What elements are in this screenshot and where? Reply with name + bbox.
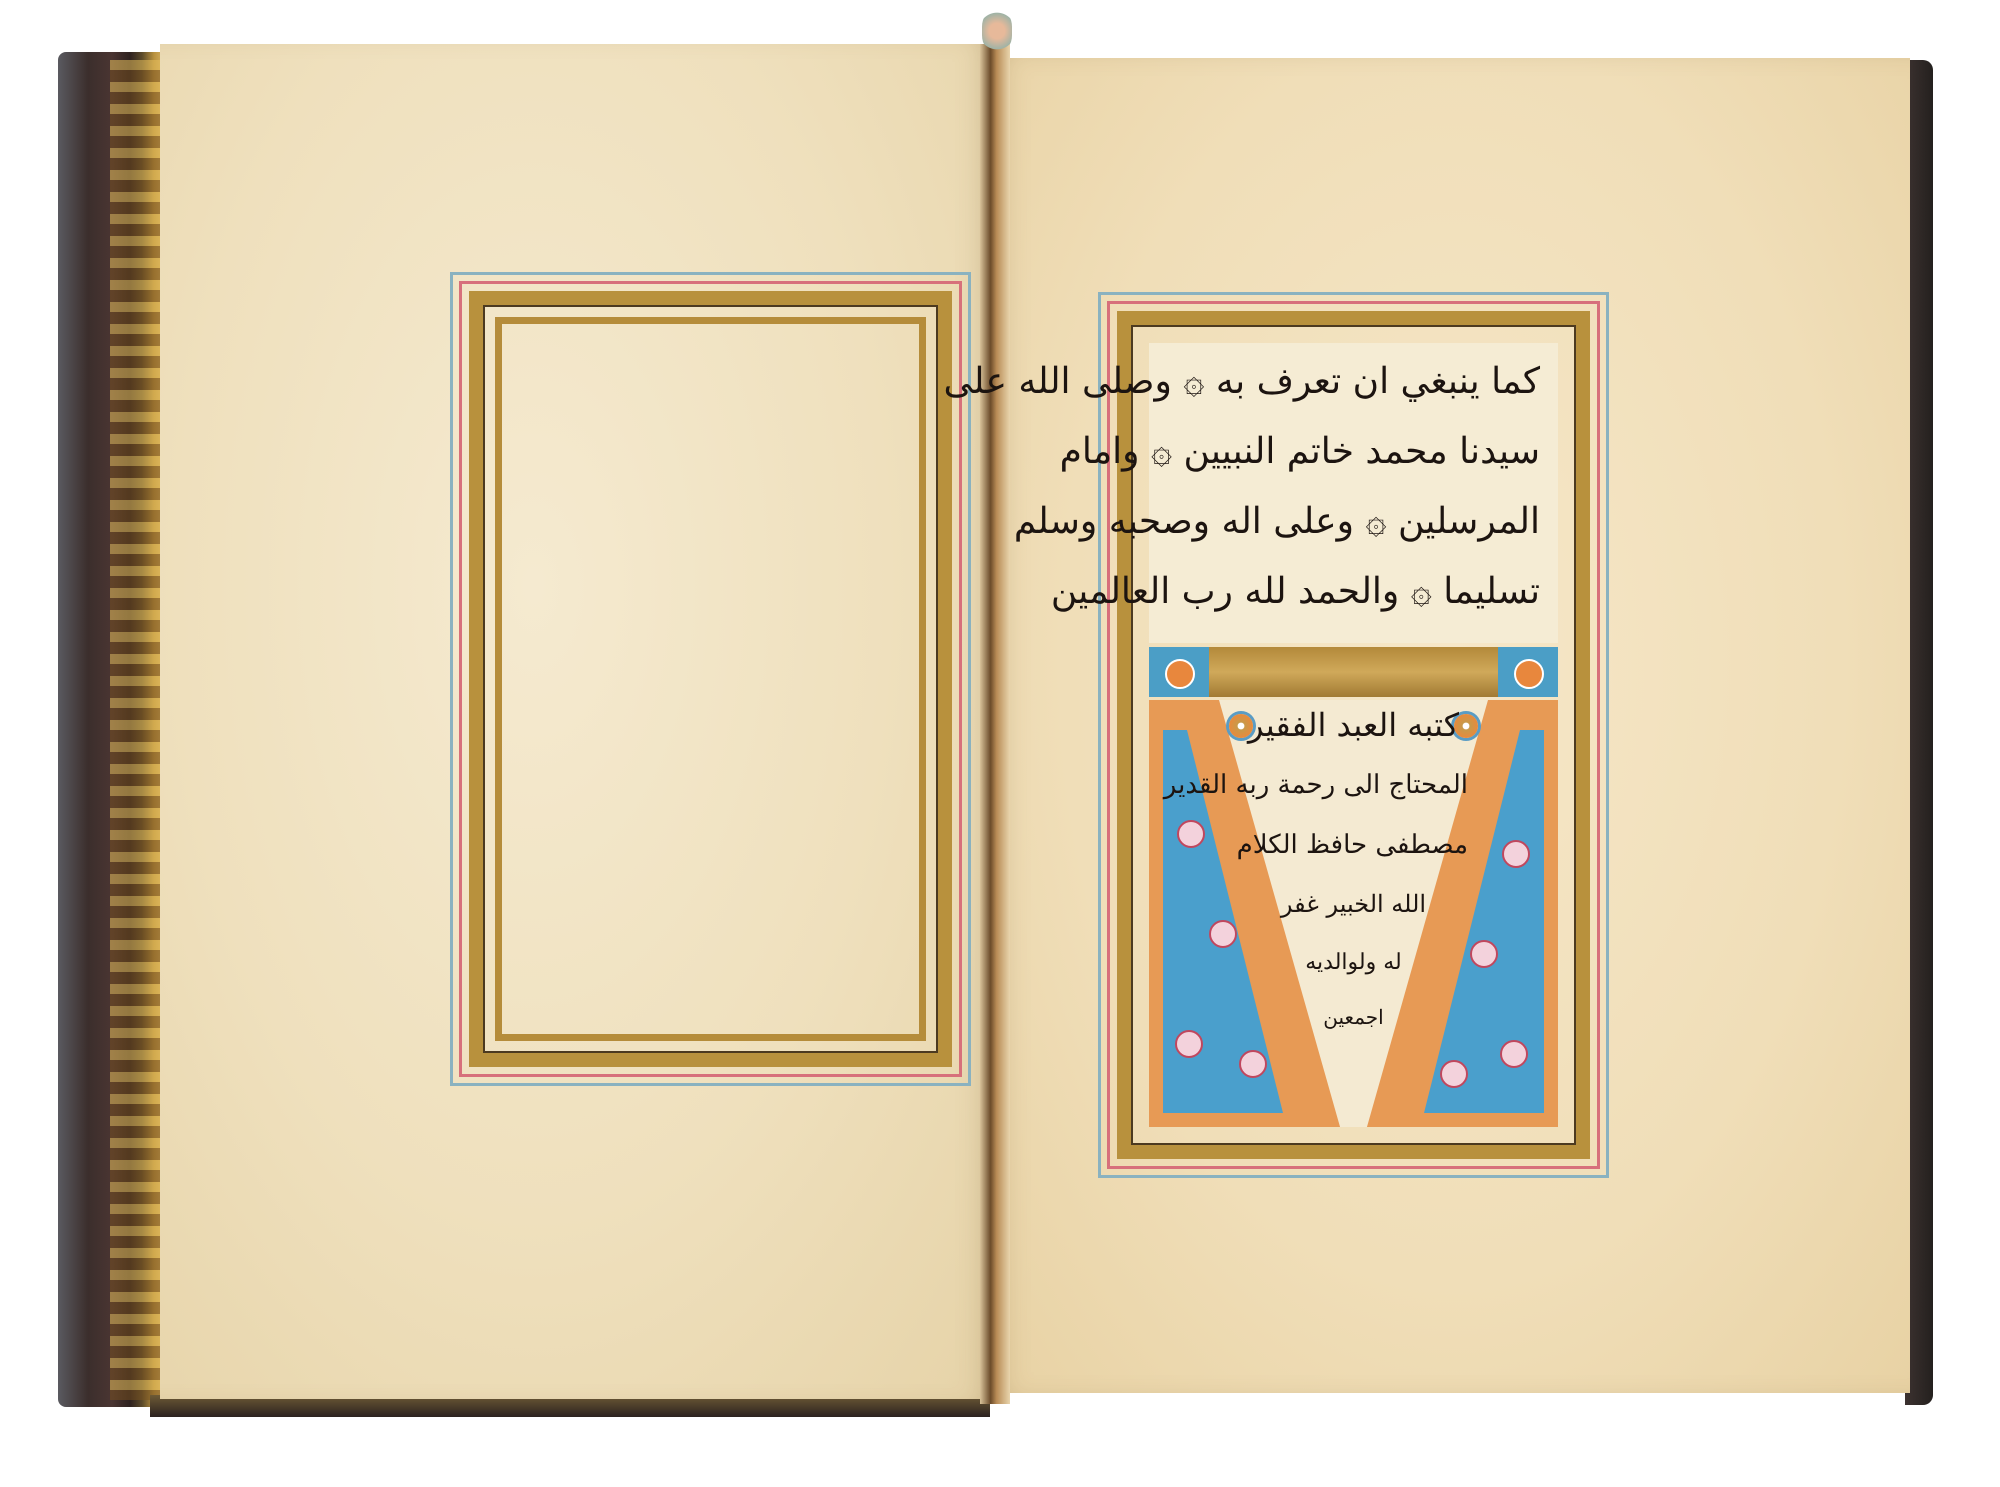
colophon-line: كتبه العبد الفقير bbox=[1239, 706, 1468, 744]
gold-divider-band bbox=[1149, 647, 1558, 697]
text-line: المرسلين ۞ وعلى اله وصحبه وسلم bbox=[1167, 501, 1540, 542]
flower-icon bbox=[1440, 1060, 1468, 1088]
colophon-line: مصطفى حافظ الكلام bbox=[1239, 830, 1468, 860]
right-page-frame: كما ينبغي ان تعرف به ۞ وصلى الله على سيد… bbox=[1098, 292, 1609, 1178]
colophon-line: له ولوالديه bbox=[1239, 950, 1468, 975]
colophon-line: اجمعين bbox=[1239, 1005, 1468, 1029]
gold-frame-inner bbox=[495, 317, 926, 1041]
flower-icon bbox=[1209, 920, 1237, 948]
flower-icon bbox=[1502, 840, 1530, 868]
corner-ornament bbox=[1149, 647, 1209, 697]
left-page-frame bbox=[450, 272, 971, 1086]
flower-icon bbox=[1470, 940, 1498, 968]
text-line: سيدنا محمد خاتم النبيين ۞ وامام bbox=[1167, 431, 1540, 472]
colophon-line: المحتاج الى رحمة ربه القدير bbox=[1239, 770, 1468, 800]
flower-icon bbox=[1175, 1030, 1203, 1058]
book-gutter bbox=[980, 44, 1010, 1404]
gilt-border-tooling bbox=[110, 60, 165, 1400]
colophon-line: الله الخبير غفر bbox=[1239, 890, 1468, 918]
flower-icon bbox=[1500, 1040, 1528, 1068]
text-line: تسليما ۞ والحمد لله رب العالمين bbox=[1167, 571, 1540, 612]
text-line: كما ينبغي ان تعرف به ۞ وصلى الله على bbox=[1167, 361, 1540, 402]
binding-thread bbox=[982, 10, 1012, 52]
corner-ornament bbox=[1498, 647, 1558, 697]
text-panel: كما ينبغي ان تعرف به ۞ وصلى الله على سيد… bbox=[1149, 343, 1558, 643]
flower-icon bbox=[1239, 1050, 1267, 1078]
colophon-panel: كتبه العبد الفقير المحتاج الى رحمة ربه ا… bbox=[1149, 700, 1558, 1127]
flower-icon bbox=[1177, 820, 1205, 848]
